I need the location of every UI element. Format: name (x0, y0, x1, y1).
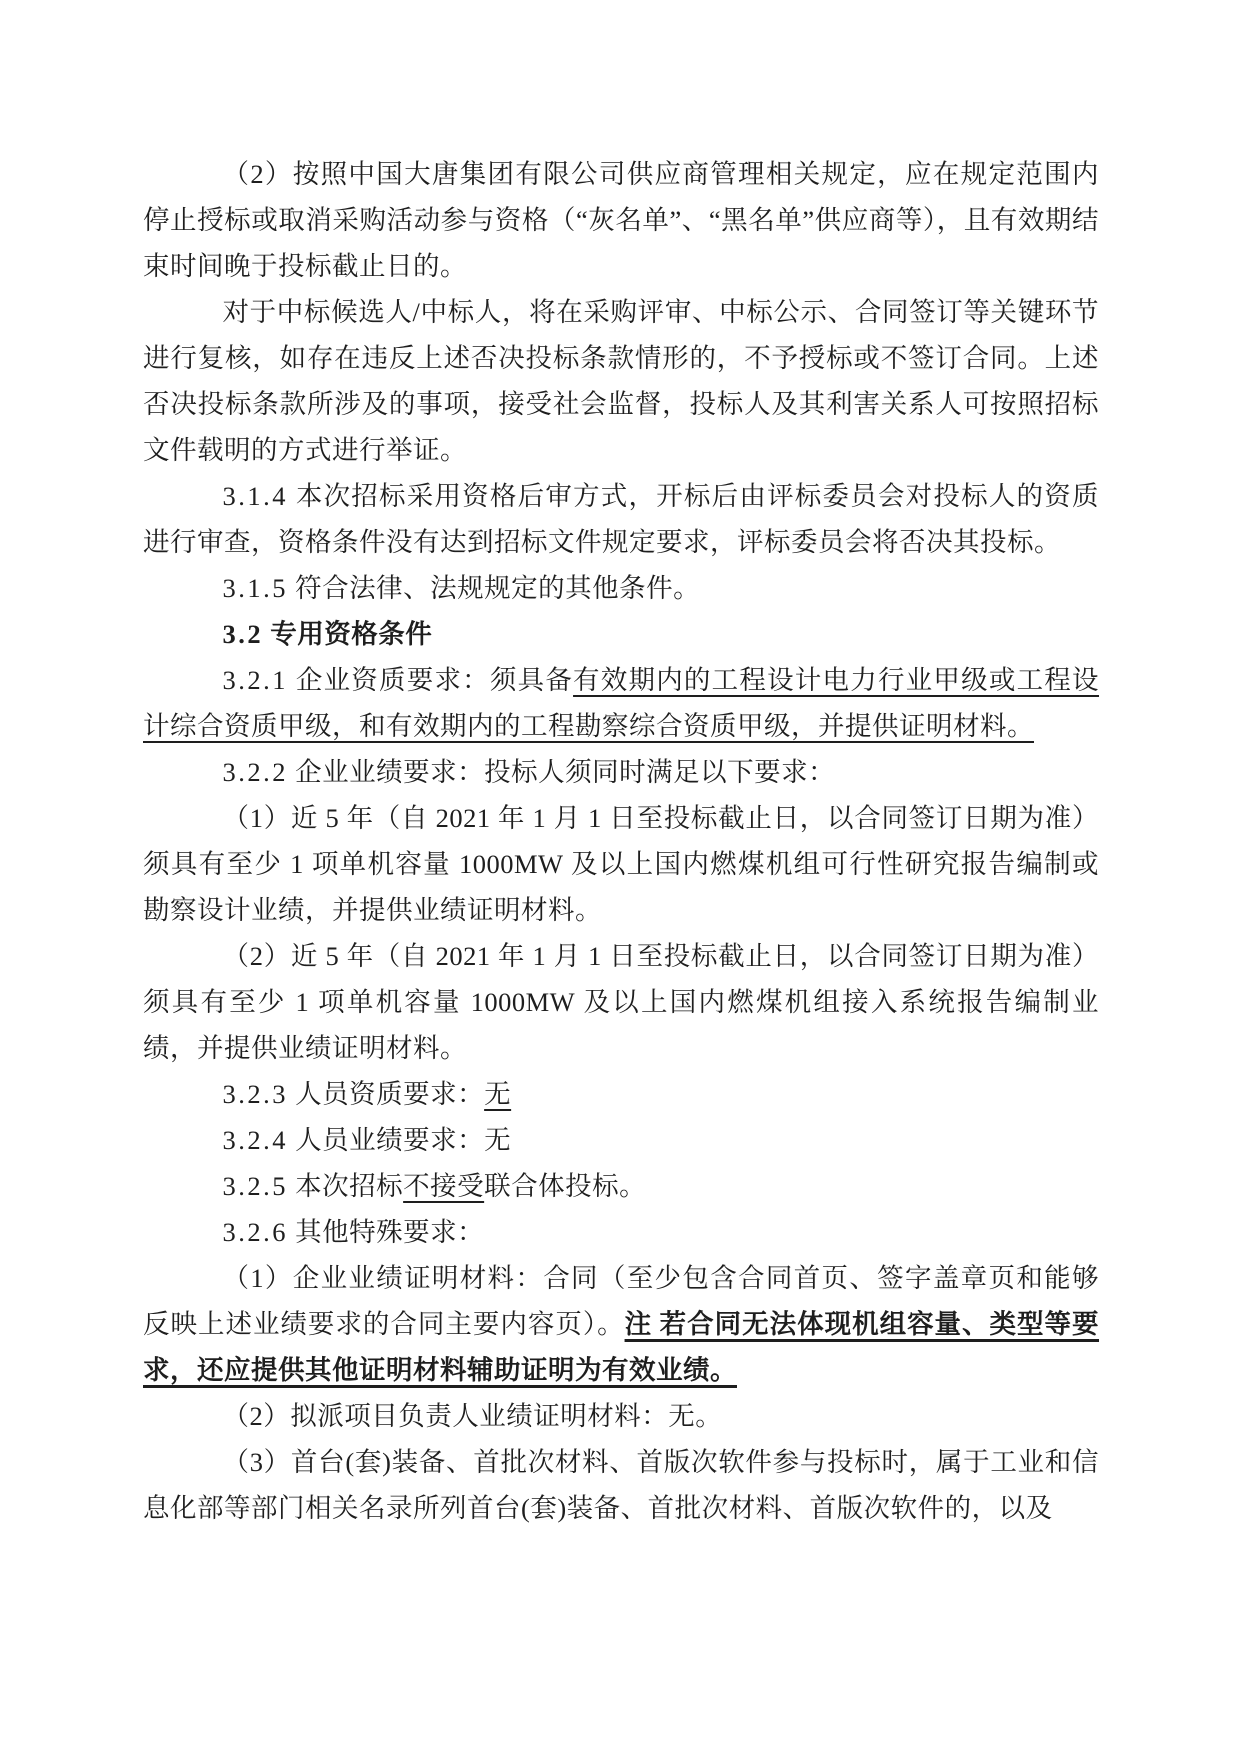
paragraph-3-2-6-item1: （1）企业业绩证明材料：合同（至少包含合同首页、签字盖章页和能够反映上述业绩要求… (143, 1255, 1099, 1393)
paragraph-3-2-5-consortium: 3.2.5 本次招标不接受联合体投标。 (143, 1163, 1099, 1209)
paragraph-text: （2）按照中国大唐集团有限公司供应商管理相关规定，应在规定范围内停止授标或取消采… (143, 159, 1099, 281)
paragraph-text: 本次招标 (288, 1171, 403, 1201)
paragraph-3-1-4-post-qualification: 3.1.4 本次招标采用资格后审方式，开标后由评标委员会对投标人的资质进行审查，… (143, 473, 1099, 565)
paragraph-text: （2）近 5 年（自 2021 年 1 月 1 日至投标截止日，以合同签订日期为… (143, 941, 1099, 1063)
paragraph-3-2-2-item1: （1）近 5 年（自 2021 年 1 月 1 日至投标截止日，以合同签订日期为… (143, 795, 1099, 933)
paragraph-text: 符合法律、法规规定的其他条件。 (288, 573, 700, 603)
paragraph-text: 企业资质要求：须具备 (288, 665, 573, 695)
underlined-not-accept-text: 不接受 (403, 1171, 484, 1201)
clause-number: 3.1.4 (223, 481, 289, 511)
paragraph-text: 其他特殊要求： (288, 1217, 484, 1247)
underlined-none-text: 无 (484, 1079, 511, 1109)
document-text-block: （2）按照中国大唐集团有限公司供应商管理相关规定，应在规定范围内停止授标或取消采… (143, 151, 1099, 1531)
clause-number: 3.2.5 (223, 1171, 289, 1201)
paragraph-3-2-4-personnel-performance: 3.2.4 人员业绩要求：无 (143, 1117, 1099, 1163)
heading-3-2-special-qualification: 3.2 专用资格条件 (143, 611, 1099, 657)
document-page: （2）按照中国大唐集团有限公司供应商管理相关规定，应在规定范围内停止授标或取消采… (0, 0, 1240, 1753)
paragraph-3-2-6-item2: （2）拟派项目负责人业绩证明材料：无。 (143, 1393, 1099, 1439)
paragraph-3-1-5-other-conditions: 3.1.5 符合法律、法规规定的其他条件。 (143, 565, 1099, 611)
paragraph-3-2-3-personnel-qualification: 3.2.3 人员资质要求：无 (143, 1071, 1099, 1117)
paragraph-text: 人员业绩要求：无 (288, 1125, 511, 1155)
paragraph-text: （3）首台(套)装备、首批次材料、首版次软件参与投标时，属于工业和信息化部等部门… (143, 1447, 1099, 1523)
paragraph-3-2-6-other-special: 3.2.6 其他特殊要求： (143, 1209, 1099, 1255)
paragraph-3-2-1-enterprise-qualification: 3.2.1 企业资质要求：须具备有效期内的工程设计电力行业甲级或工程设计综合资质… (143, 657, 1099, 749)
paragraph-winner-review: 对于中标候选人/中标人，将在采购评审、中标公示、合同签订等关键环节进行复核，如存… (143, 289, 1099, 473)
clause-number: 3.2.4 (223, 1125, 289, 1155)
clause-number: 3.1.5 (223, 573, 289, 603)
paragraph-text: （1）近 5 年（自 2021 年 1 月 1 日至投标截止日，以合同签订日期为… (143, 803, 1099, 925)
clause-number: 3.2.6 (223, 1217, 289, 1247)
paragraph-text: 企业业绩要求：投标人须同时满足以下要求： (288, 757, 835, 787)
paragraph-text: 人员资质要求： (288, 1079, 484, 1109)
paragraph-text: 联合体投标。 (484, 1171, 646, 1201)
paragraph-text: （2）拟派项目负责人业绩证明材料：无。 (223, 1401, 723, 1431)
paragraph-supplier-management-item2: （2）按照中国大唐集团有限公司供应商管理相关规定，应在规定范围内停止授标或取消采… (143, 151, 1099, 289)
paragraph-3-2-2-item2: （2）近 5 年（自 2021 年 1 月 1 日至投标截止日，以合同签订日期为… (143, 933, 1099, 1071)
section-title: 专用资格条件 (263, 619, 432, 649)
clause-number: 3.2.2 (223, 757, 289, 787)
paragraph-3-2-2-enterprise-performance: 3.2.2 企业业绩要求：投标人须同时满足以下要求： (143, 749, 1099, 795)
clause-number: 3.2.1 (223, 665, 289, 695)
paragraph-text: 对于中标候选人/中标人，将在采购评审、中标公示、合同签订等关键环节进行复核，如存… (143, 297, 1099, 465)
paragraph-3-2-6-item3: （3）首台(套)装备、首批次材料、首版次软件参与投标时，属于工业和信息化部等部门… (143, 1439, 1099, 1531)
section-number: 3.2 (223, 619, 264, 649)
clause-number: 3.2.3 (223, 1079, 289, 1109)
